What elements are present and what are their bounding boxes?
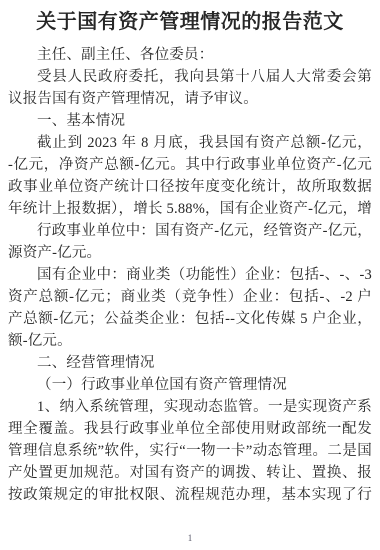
doc-line: 政事业单位资产统计口径按年度变化统计，故所取数据为 2022 [8,176,372,198]
doc-line: 管理信息系统”软件，实行“一物一卡”动态管理。二是国有资 [8,440,372,462]
doc-line: 产处置更加规范。对国有资产的调拨、转让、置换、报废等严格 [8,462,372,484]
doc-line: 截止到 2023 年 8 月底，我县国有资产总额-亿元，负债总额 [8,132,372,154]
doc-heading-subsection-1: （一）行政事业单位国有资产管理情况 [8,374,372,396]
doc-line: 国有企业中：商业类（功能性）企业：包括-、-、-3 户企业， [8,264,372,286]
doc-line: 额-亿元。 [8,330,372,352]
doc-line: 受县人民政府委托，我向县第十八届人大常委会第二十次会 [8,66,372,88]
doc-line: 源资产-亿元。 [8,242,372,264]
doc-line: 行政事业单位中：国有资产-亿元，经管资产-亿元，自然资 [8,220,372,242]
doc-line-salutation: 主任、副主任、各位委员： [8,44,372,66]
doc-line: 按政策规定的审批权限、流程规范办理，基本实现了行政事业单 [8,484,372,506]
document-page: 关于国有资产管理情况的报告范文 主任、副主任、各位委员： 受县人民政府委托，我向… [0,0,380,550]
doc-line: 理全覆盖。我县行政事业单位全部使用财政部统一配发的“资产 [8,418,372,440]
doc-line: 资产总额-亿元；商业类（竞争性）企业：包括-、-2 户企业，资 [8,286,372,308]
doc-line: 1、纳入系统管理，实现动态监管。一是实现资产系统化管 [8,396,372,418]
doc-line: 产总额-亿元；公益类企业：包括--文化传媒 5 户企业，资产总 [8,308,372,330]
doc-line: -亿元，净资产总额-亿元。其中行政事业单位资产-亿元（因行 [8,154,372,176]
doc-heading-section-1: 一、基本情况 [8,110,372,132]
doc-line: 年统计上报数据），增长 5.88%，国有企业资产-亿元，增长 65.76%。 [8,198,372,220]
document-title: 关于国有资产管理情况的报告范文 [8,10,372,35]
doc-line: 议报告国有资产管理情况，请予审议。 [8,88,372,110]
page-number: 1 [0,533,380,543]
doc-heading-section-2: 二、经营管理情况 [8,352,372,374]
